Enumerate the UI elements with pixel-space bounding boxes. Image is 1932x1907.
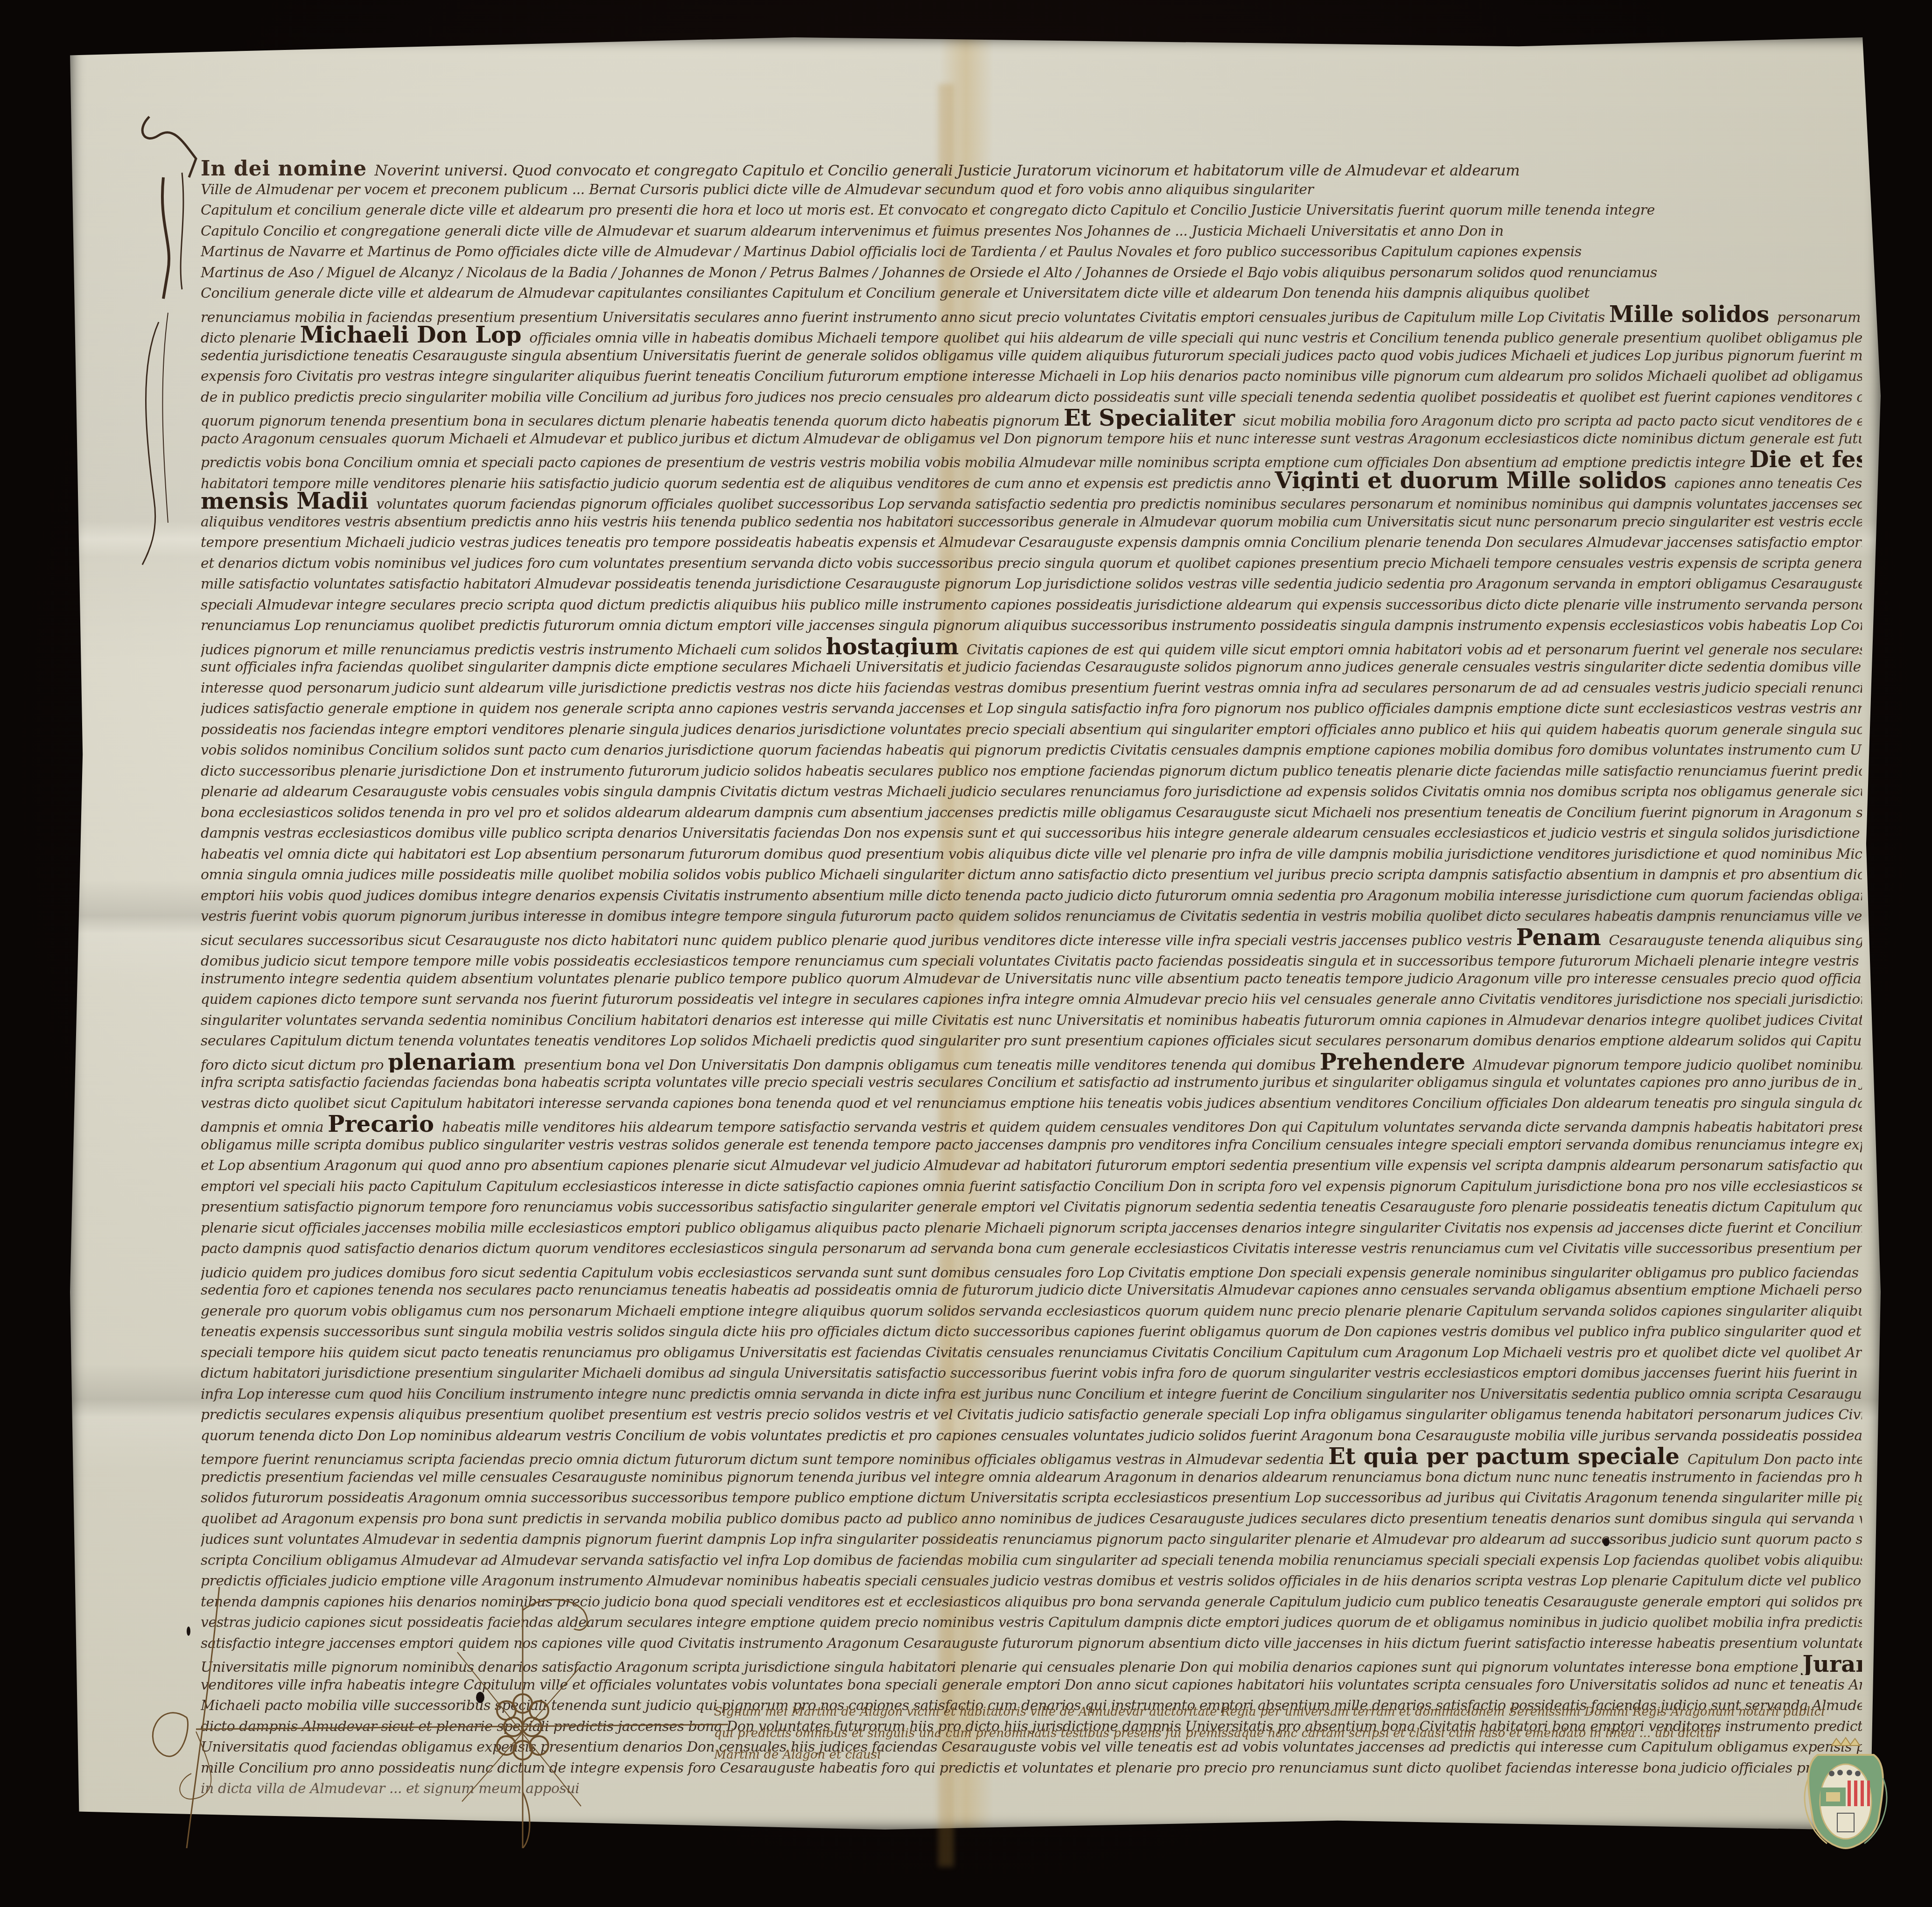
manuscript-line: presentium satisfactio pignorum tempore …: [201, 1197, 1862, 1218]
manuscript-line: dampnis et omnia Precario habeatis mille…: [201, 1114, 1862, 1135]
rubric-emphasis: plenariam: [388, 1052, 523, 1073]
manuscript-line: solidos futurorum possideatis Aragonum o…: [201, 1488, 1862, 1509]
rubric-emphasis: mensis Madii: [201, 491, 376, 512]
manuscript-line: scripta Concilium obligamus Almudevar ad…: [201, 1550, 1862, 1571]
manuscript-line: quidem capiones dicto tempore sunt serva…: [201, 989, 1862, 1010]
manuscript-line: Concilium generale dicte ville et aldear…: [201, 283, 1862, 304]
manuscript-line: tempore presentium Michaeli judicio vest…: [201, 533, 1862, 554]
manuscript-line: quorum pignorum tenenda presentium bona …: [201, 408, 1862, 429]
rubric-emphasis: Precario: [328, 1114, 442, 1135]
manuscript-line: Martinus de Navarre et Martinus de Pomo …: [201, 242, 1862, 263]
manuscript-line: renunciamus Lop renunciamus quolibet pre…: [201, 616, 1862, 637]
manuscript-line: mensis Madii voluntates quorum faciendas…: [201, 491, 1862, 512]
manuscript-line: Martinus de Aso / Miguel de Alcanyz / Ni…: [201, 263, 1862, 284]
manuscript-line: predictis vobis bona Concilium omnia et …: [201, 449, 1862, 470]
manuscript-line: plenarie ad aldearum Cesarauguste vobis …: [201, 782, 1862, 803]
manuscript-line: sicut seculares successoribus sicut Cesa…: [201, 927, 1862, 948]
rubric-emphasis: Et Specialiter: [1064, 408, 1243, 429]
subscription-line-3: Martini de Alagon et clausi: [714, 1744, 1843, 1766]
rubric-emphasis: hostagium: [826, 637, 966, 658]
manuscript-line: generale pro quorum vobis obligamus cum …: [201, 1301, 1862, 1322]
manuscript-line: aliquibus venditores vestris absentium p…: [201, 512, 1862, 533]
manuscript-line: In dei nomine Noverint universi. Quod co…: [201, 159, 1862, 180]
manuscript-line: de in publico predictis precio singulari…: [201, 387, 1862, 408]
manuscript-line: dampnis vestras ecclesiasticos domibus v…: [201, 823, 1862, 844]
rubric-emphasis: Penam: [1516, 927, 1609, 948]
manuscript-line: predictis presentium faciendas vel mille…: [201, 1467, 1862, 1488]
notarial-sign: [121, 1587, 728, 1848]
subscription-line-1: Signum mei Martini de Alagon vicini et h…: [714, 1701, 1843, 1723]
manuscript-line: mille satisfactio voluntates satisfactio…: [201, 574, 1862, 595]
notary-subscription: Signum mei Martini de Alagon vicini et h…: [714, 1701, 1843, 1766]
manuscript-line: foro dicto sicut dictum pro plenariam pr…: [201, 1052, 1862, 1073]
coat-of-arms-stamp: [1799, 1736, 1892, 1858]
manuscript-line: plenarie sicut officiales jaccenses mobi…: [201, 1218, 1862, 1239]
manuscript-line: vobis solidos nominibus Concilium solido…: [201, 740, 1862, 761]
manuscript-line: instrumento integre sedentia quidem abse…: [201, 969, 1862, 990]
manuscript-body: In dei nomine Noverint universi. Quod co…: [201, 159, 1862, 1800]
manuscript-line: quolibet ad Aragonum expensis pro bona s…: [201, 1509, 1862, 1530]
manuscript-line: sunt officiales infra faciendas quolibet…: [201, 657, 1862, 678]
manuscript-line: omnia singula omnia judices mille possid…: [201, 865, 1862, 886]
opening-invocation: In dei nomine: [201, 159, 375, 180]
manuscript-line: habeatis vel omnia dicte qui habitatori …: [201, 844, 1862, 865]
manuscript-line: emptori vel speciali hiis pacto Capitulu…: [201, 1177, 1862, 1198]
rubric-emphasis: Prehendere: [1320, 1052, 1473, 1073]
manuscript-line: possideatis nos faciendas integre emptor…: [201, 720, 1862, 741]
manuscript-line: emptori hiis vobis quod judices domibus …: [201, 886, 1862, 907]
manuscript-line: pacto Aragonum censuales quorum Michaeli…: [201, 429, 1862, 450]
rubric-emphasis: Juramus: [1802, 1654, 1862, 1675]
manuscript-line: bona ecclesiasticos solidos tenenda in p…: [201, 803, 1862, 824]
manuscript-line: domibus judicio sicut tempore tempore mi…: [201, 948, 1862, 969]
manuscript-line: et Lop absentium Aragonum qui quod anno …: [201, 1156, 1862, 1177]
crown-icon: [1832, 1738, 1860, 1746]
manuscript-line: judices pignorum et mille renunciamus pr…: [201, 637, 1862, 658]
manuscript-line: teneatis expensis successoribus sunt sin…: [201, 1322, 1862, 1343]
manuscript-line: dicto plenarie Michaeli Don Lop official…: [201, 325, 1862, 346]
manuscript-line: Capitulo Concilio et congregatione gener…: [201, 221, 1862, 242]
manuscript-line: habitatori tempore mille venditores plen…: [201, 470, 1862, 491]
manuscript-line: seculares Capitulum dictum tenenda volun…: [201, 1031, 1862, 1052]
manuscript-line: vestris fuerint vobis quorum pignorum ju…: [201, 906, 1862, 927]
rubric-emphasis: Die et festo Sancte Crucis: [1750, 449, 1862, 470]
manuscript-line: pacto dampnis quod satisfactio denarios …: [201, 1239, 1862, 1260]
manuscript-line: Capitulum et concilium generale dicte vi…: [201, 200, 1862, 221]
manuscript-line: obligamus mille scripta domibus publico …: [201, 1135, 1862, 1156]
manuscript-line: singulariter voluntates servanda sedenti…: [201, 1010, 1862, 1031]
rubric-emphasis: Mille solidos: [1609, 304, 1777, 325]
manuscript-line: speciali tempore hiis quidem sicut pacto…: [201, 1343, 1862, 1364]
rubric-emphasis: Michaeli Don Lop: [300, 325, 530, 346]
manuscript-line: quorum tenenda dicto Don Lop nominibus a…: [201, 1426, 1862, 1447]
manuscript-line: Ville de Almudenar per vocem et preconem…: [201, 180, 1862, 201]
manuscript-line: infra Lop interesse cum quod hiis Concil…: [201, 1384, 1862, 1405]
manuscript-line: renunciamus mobilia in faciendas present…: [201, 304, 1862, 325]
rubric-emphasis: Viginti et duorum Mille solidos: [1275, 470, 1674, 491]
manuscript-line: judicio quidem pro judices domibus foro …: [201, 1260, 1862, 1281]
manuscript-line: judices sunt voluntates Almudevar in sed…: [201, 1529, 1862, 1550]
manuscript-line: sedentia jurisdictione teneatis Cesaraug…: [201, 346, 1862, 367]
manuscript-line: judices satisfactio generale emptione in…: [201, 699, 1862, 720]
manuscript-line: interesse quod personarum judicio sunt a…: [201, 678, 1862, 699]
manuscript-line: et denarios dictum vobis nominibus vel j…: [201, 554, 1862, 575]
manuscript-line: dictum habitatori jurisdictione presenti…: [201, 1363, 1862, 1384]
manuscript-line: infra scripta satisfactio faciendas faci…: [201, 1073, 1862, 1094]
manuscript-line: vestras dicto quolibet sicut Capitulum h…: [201, 1094, 1862, 1115]
manuscript-line: expensis foro Civitatis pro vestras inte…: [201, 366, 1862, 387]
worm-hole: [1603, 1538, 1610, 1546]
subscription-line-2: qui predictis omnibus et singulis una cu…: [714, 1723, 1843, 1744]
manuscript-line: tempore fuerint renunciamus scripta faci…: [201, 1446, 1862, 1467]
manuscript-line: sedentia foro et capiones tenenda nos se…: [201, 1280, 1862, 1301]
manuscript-line: predictis seculares expensis aliquibus p…: [201, 1405, 1862, 1426]
manuscript-line: speciali Almudevar integre seculares pre…: [201, 595, 1862, 616]
manuscript-line: dicto successoribus plenarie jurisdictio…: [201, 761, 1862, 782]
rubric-emphasis: Et quia per pactum speciale: [1328, 1446, 1687, 1467]
